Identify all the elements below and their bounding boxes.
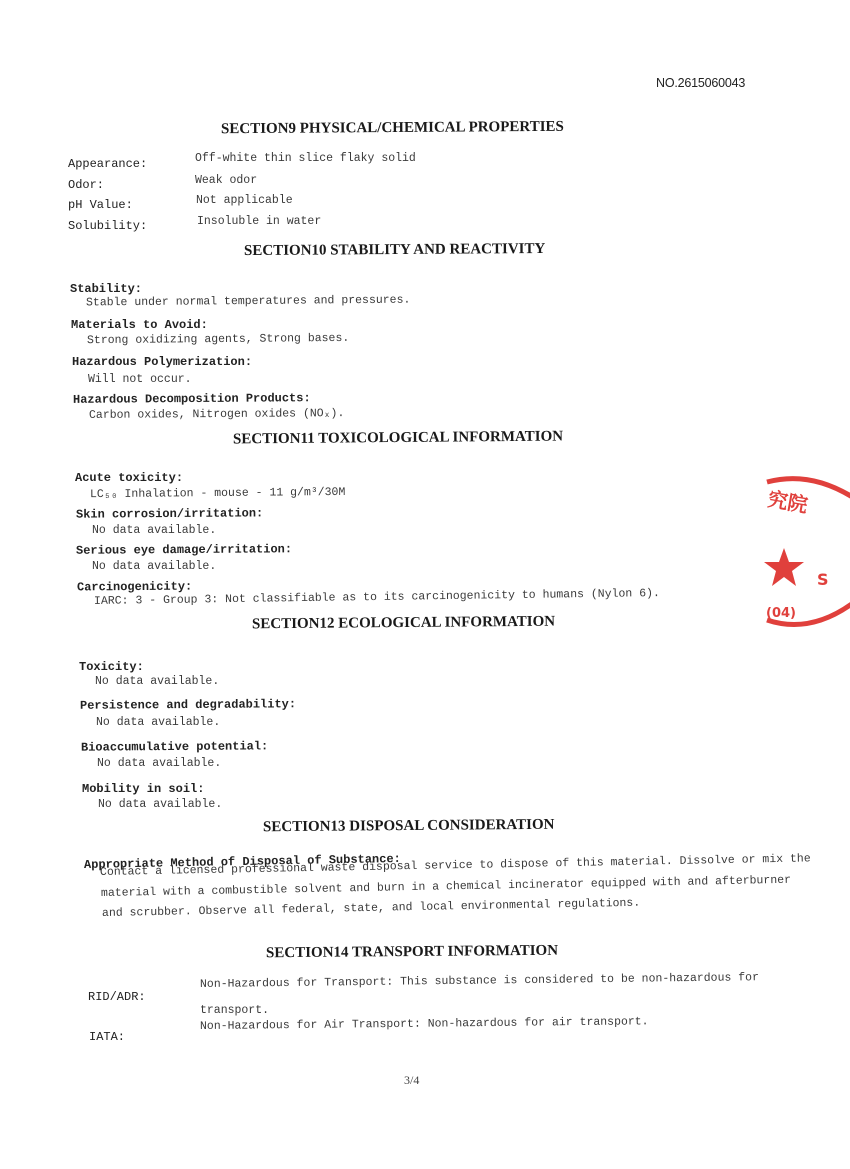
section12-title: SECTION12 ECOLOGICAL INFORMATION xyxy=(252,614,555,634)
rid-adr-line-2: transport. xyxy=(200,1004,269,1017)
rid-adr-line-1: Non-Hazardous for Transport: This substa… xyxy=(200,971,759,991)
rid-adr-label: RID/ADR: xyxy=(88,990,146,1004)
mobility-value: No data available. xyxy=(98,798,222,811)
solubility-value: Insoluble in water xyxy=(197,215,321,228)
seal-icon: 究院 S (04) xyxy=(762,470,850,635)
stability-value: Stable under normal temperatures and pre… xyxy=(86,294,410,310)
appearance-label: Appearance: xyxy=(68,157,147,171)
persistence-label: Persistence and degradability: xyxy=(80,697,296,713)
hazardous-decomposition-value: Carbon oxides, Nitrogen oxides (NOₓ). xyxy=(89,407,344,422)
disposal-line-2: material with a combustible solvent and … xyxy=(101,874,791,900)
eye-damage-label: Serious eye damage/irritation: xyxy=(76,542,292,558)
ph-value: Not applicable xyxy=(196,194,293,207)
svg-text:(04): (04) xyxy=(766,606,796,621)
section13-title: SECTION13 DISPOSAL CONSIDERATION xyxy=(263,817,555,837)
odor-value: Weak odor xyxy=(195,174,257,187)
bioaccumulative-value: No data available. xyxy=(97,757,221,770)
materials-to-avoid-label: Materials to Avoid: xyxy=(71,318,208,332)
section14-title: SECTION14 TRANSPORT INFORMATION xyxy=(266,943,558,963)
mobility-label: Mobility in soil: xyxy=(82,782,204,796)
disposal-line-3: and scrubber. Observe all federal, state… xyxy=(102,897,640,920)
carcinogenicity-label: Carcinogenicity: xyxy=(77,580,192,595)
section11-title: SECTION11 TOXICOLOGICAL INFORMATION xyxy=(233,429,563,449)
acute-toxicity-label: Acute toxicity: xyxy=(75,471,183,485)
hazardous-decomposition-label: Hazardous Decomposition Products: xyxy=(73,391,311,407)
eye-damage-value: No data available. xyxy=(92,560,216,573)
eco-toxicity-value: No data available. xyxy=(95,675,219,688)
hazardous-polymerization-label: Hazardous Polymerization: xyxy=(72,355,252,369)
persistence-value: No data available. xyxy=(96,716,220,729)
stability-label: Stability: xyxy=(70,282,142,296)
solubility-label: Solubility: xyxy=(68,219,147,233)
iata-label: IATA: xyxy=(89,1030,125,1044)
skin-corrosion-value: No data available. xyxy=(92,524,216,537)
svg-text:究院: 究院 xyxy=(766,487,810,518)
document-number: NO.2615060043 xyxy=(656,76,745,90)
section10-title: SECTION10 STABILITY AND REACTIVITY xyxy=(244,241,545,260)
section9-title: SECTION9 PHYSICAL/CHEMICAL PROPERTIES xyxy=(221,119,564,138)
page-number: 3/4 xyxy=(404,1073,419,1088)
ph-label: pH Value: xyxy=(68,198,133,212)
official-seal-stamp: 究院 S (04) xyxy=(762,470,850,635)
appearance-value: Off-white thin slice flaky solid xyxy=(195,152,416,165)
iata-line-1: Non-Hazardous for Air Transport: Non-haz… xyxy=(200,1015,649,1033)
materials-to-avoid-value: Strong oxidizing agents, Strong bases. xyxy=(87,332,349,347)
odor-label: Odor: xyxy=(68,178,104,192)
eco-toxicity-label: Toxicity: xyxy=(79,660,144,674)
hazardous-polymerization-value: Will not occur. xyxy=(88,373,192,386)
acute-toxicity-value: LC₅₀ Inhalation - mouse - 11 g/m³/30M xyxy=(90,486,345,501)
svg-text:S: S xyxy=(817,570,829,589)
bioaccumulative-label: Bioaccumulative potential: xyxy=(81,739,268,754)
skin-corrosion-label: Skin corrosion/irritation: xyxy=(76,506,263,521)
